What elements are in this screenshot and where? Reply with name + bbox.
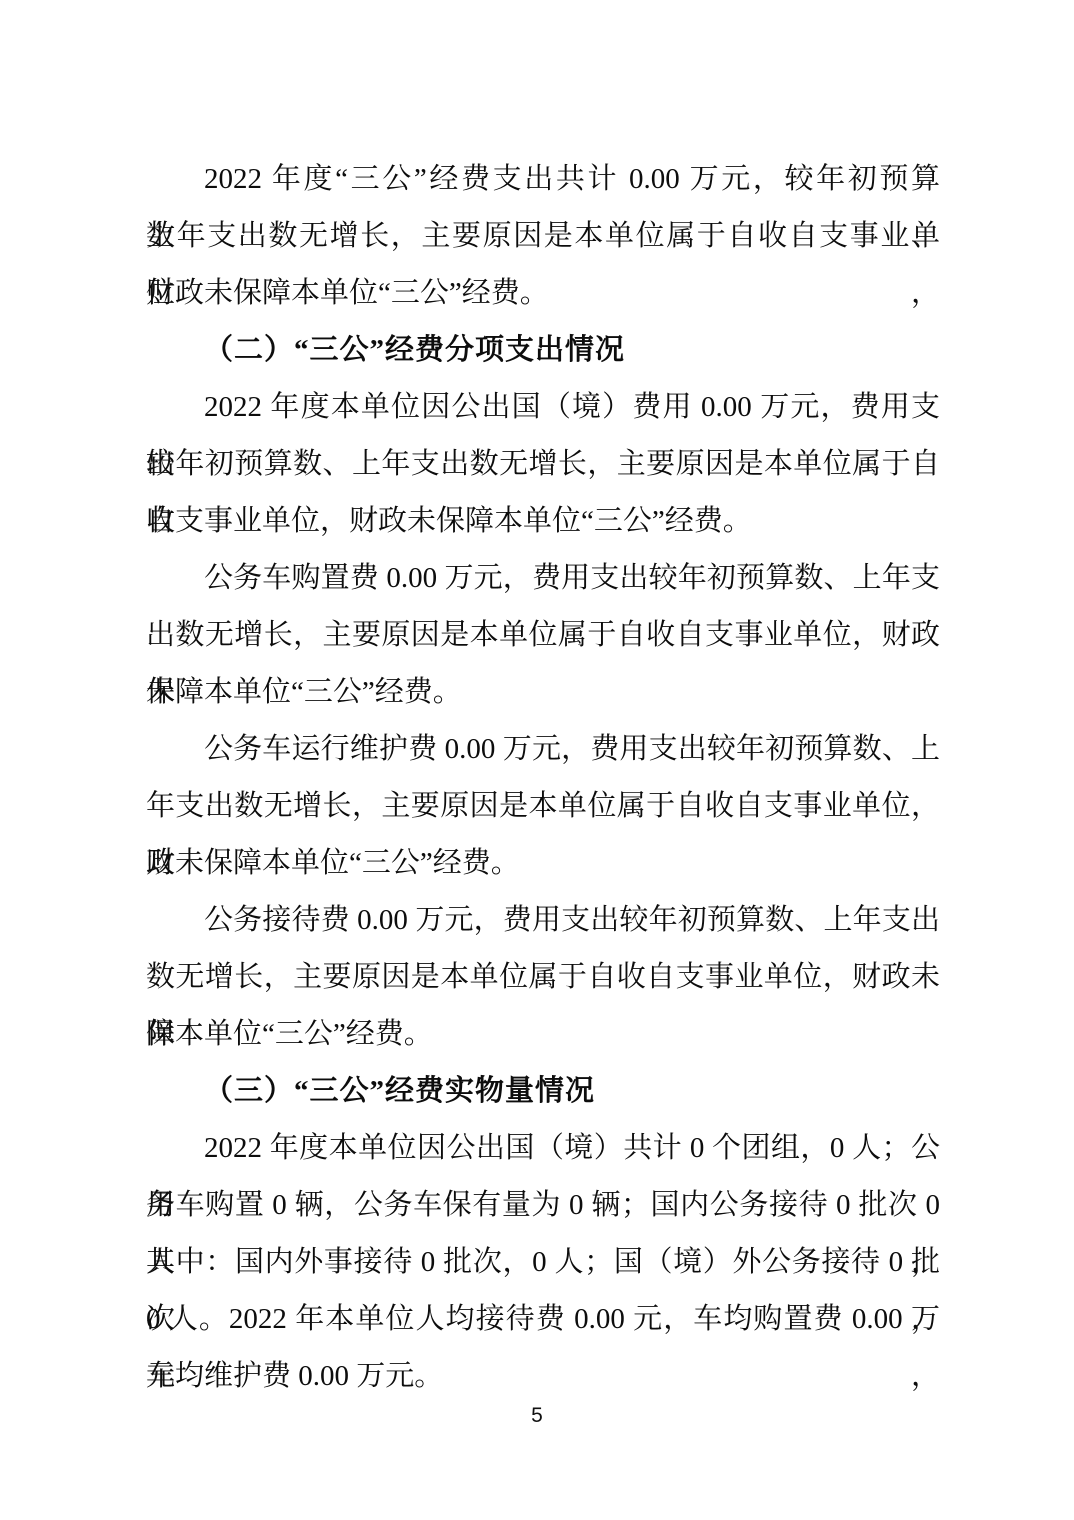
section-heading: （三）“三公”经费实物量情况	[146, 1063, 940, 1120]
paragraph: 公务车购置费 0.00 万元，费用支出较年初预算数、上年支出数无增长，主要原因是…	[146, 550, 940, 721]
text-line: 上年支出数无增长，主要原因是本单位属于自收自支事业单位，	[146, 208, 940, 265]
heading-line: （三）“三公”经费实物量情况	[146, 1063, 940, 1120]
text-line: 2022 年度本单位因公出国（境）费用 0.00 万元，费用支出	[146, 379, 940, 436]
text-line: 较年初预算数、上年支出数无增长，主要原因是本单位属于自收	[146, 436, 940, 493]
document-content: 2022 年度“三公”经费支出共计 0.00 万元，较年初预算数、上年支出数无增…	[146, 151, 940, 1405]
text-line: 年支出数无增长，主要原因是本单位属于自收自支事业单位，财	[146, 778, 940, 835]
text-line: 政未保障本单位“三公”经费。	[146, 835, 940, 892]
heading-line: （二）“三公”经费分项支出情况	[146, 322, 940, 379]
section-heading: （二）“三公”经费分项支出情况	[146, 322, 940, 379]
paragraph: 公务车运行维护费 0.00 万元，费用支出较年初预算数、上年支出数无增长，主要原…	[146, 721, 940, 892]
text-line: 障本单位“三公”经费。	[146, 1006, 940, 1063]
paragraph: 2022 年度本单位因公出国（境）费用 0.00 万元，费用支出较年初预算数、上…	[146, 379, 940, 550]
text-line: 2022 年度本单位因公出国（境）共计 0 个团组，0 人；公务	[146, 1120, 940, 1177]
paragraph: 2022 年度“三公”经费支出共计 0.00 万元，较年初预算数、上年支出数无增…	[146, 151, 940, 322]
text-line: 公务车运行维护费 0.00 万元，费用支出较年初预算数、上	[146, 721, 940, 778]
paragraph: 2022 年度本单位因公出国（境）共计 0 个团组，0 人；公务用车购置 0 辆…	[146, 1120, 940, 1405]
page-number: 5	[0, 1402, 1074, 1430]
text-line: 用车购置 0 辆，公务车保有量为 0 辆；国内公务接待 0 批次 0 人，	[146, 1177, 940, 1234]
document-page: 2022 年度“三公”经费支出共计 0.00 万元，较年初预算数、上年支出数无增…	[0, 0, 1074, 1520]
text-line: 自支事业单位，财政未保障本单位“三公”经费。	[146, 493, 940, 550]
text-line: 其中：国内外事接待 0 批次，0 人；国（境）外公务接待 0 批次，	[146, 1234, 940, 1291]
text-line: 数无增长，主要原因是本单位属于自收自支事业单位，财政未保	[146, 949, 940, 1006]
text-line: 公务接待费 0.00 万元，费用支出较年初预算数、上年支出	[146, 892, 940, 949]
text-line: 2022 年度“三公”经费支出共计 0.00 万元，较年初预算数、	[146, 151, 940, 208]
text-line: 保障本单位“三公”经费。	[146, 664, 940, 721]
paragraph: 公务接待费 0.00 万元，费用支出较年初预算数、上年支出数无增长，主要原因是本…	[146, 892, 940, 1063]
text-line: 出数无增长，主要原因是本单位属于自收自支事业单位，财政未	[146, 607, 940, 664]
text-line: 0 人。2022 年本单位人均接待费 0.00 元，车均购置费 0.00 万元，	[146, 1291, 940, 1348]
text-line: 公务车购置费 0.00 万元，费用支出较年初预算数、上年支	[146, 550, 940, 607]
